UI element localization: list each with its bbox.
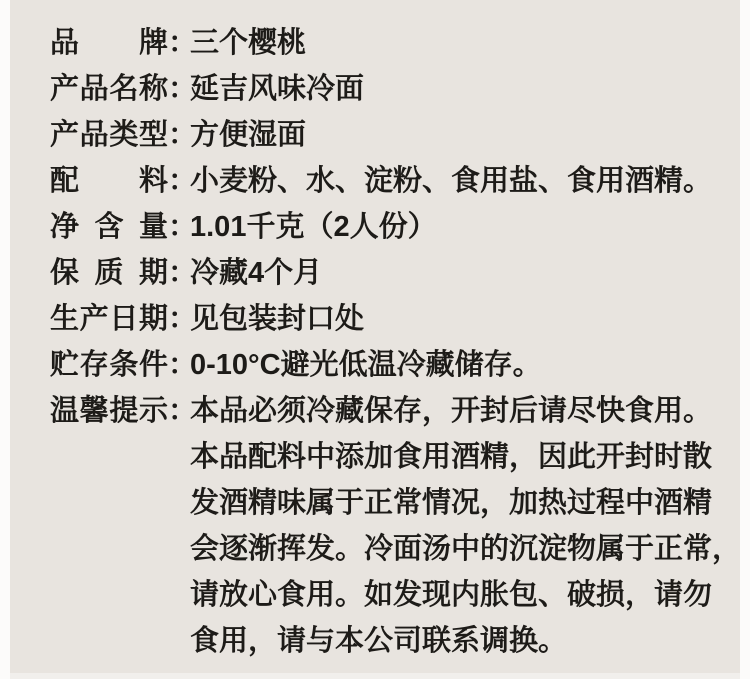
field-value: 0-10°C避光低温冷藏储存。 (190, 342, 542, 388)
info-row-storage-conditions: 贮存条件：0-10°C避光低温冷藏储存。 (50, 342, 750, 388)
field-value: 见包装封口处 (190, 296, 364, 342)
info-row-production-date: 生产日期：见包装封口处 (50, 296, 750, 342)
warm-tip-line: 发酒精味属于正常情况，加热过程中酒精 (190, 480, 741, 526)
bottom-edge-strip (10, 673, 740, 679)
warm-tip-line: 本品必须冷藏保存，开封后请尽快食用。 (190, 388, 741, 434)
info-row-brand: 品牌：三个樱桃 (50, 20, 750, 66)
warm-tip-line: 本品配料中添加食用酒精，因此开封时散 (190, 434, 741, 480)
field-label: 配料 (50, 158, 168, 204)
label-colon: ： (168, 20, 190, 66)
label-colon: ： (168, 388, 190, 434)
field-label: 保质期 (50, 250, 168, 296)
field-label: 品牌 (50, 20, 168, 66)
warm-tip-line: 食用，请与本公司联系调换。 (190, 618, 741, 664)
field-label: 产品类型 (50, 112, 168, 158)
info-row-product-name: 产品名称：延吉风味冷面 (50, 66, 750, 112)
label-colon: ： (168, 204, 190, 250)
field-value: 冷藏4个月 (190, 250, 322, 296)
warm-tip-text: 本品必须冷藏保存，开封后请尽快食用。 本品配料中添加食用酒精，因此开封时散 发酒… (190, 388, 741, 664)
info-row-warm-tip: 温馨提示： 本品必须冷藏保存，开封后请尽快食用。 本品配料中添加食用酒精，因此开… (50, 388, 750, 664)
warm-tip-line: 会逐渐挥发。冷面汤中的沉淀物属于正常， (190, 526, 741, 572)
label-colon: ： (168, 158, 190, 204)
warm-tip-line: 请放心食用。如发现内胀包、破损，请勿 (190, 572, 741, 618)
field-label: 贮存条件 (50, 342, 168, 388)
field-value: 三个樱桃 (190, 20, 306, 66)
info-row-product-type: 产品类型：方便湿面 (50, 112, 750, 158)
field-value: 1.01千克（2人份） (190, 204, 437, 250)
info-row-shelf-life: 保质期：冷藏4个月 (50, 250, 750, 296)
field-value: 方便湿面 (190, 112, 306, 158)
product-spec-list: 品牌：三个樱桃 产品名称：延吉风味冷面 产品类型：方便湿面 配料：小麦粉、水、淀… (50, 20, 750, 664)
field-value: 小麦粉、水、淀粉、食用盐、食用酒精。 (190, 158, 712, 204)
field-value: 延吉风味冷面 (190, 66, 364, 112)
label-colon: ： (168, 250, 190, 296)
label-colon: ： (168, 112, 190, 158)
label-colon: ： (168, 296, 190, 342)
field-label: 净含量 (50, 204, 168, 250)
field-label: 产品名称 (50, 66, 168, 112)
label-colon: ： (168, 66, 190, 112)
field-label: 生产日期 (50, 296, 168, 342)
info-row-net-weight: 净含量：1.01千克（2人份） (50, 204, 750, 250)
field-label: 温馨提示 (50, 388, 168, 434)
info-row-ingredients: 配料：小麦粉、水、淀粉、食用盐、食用酒精。 (50, 158, 750, 204)
label-colon: ： (168, 342, 190, 388)
